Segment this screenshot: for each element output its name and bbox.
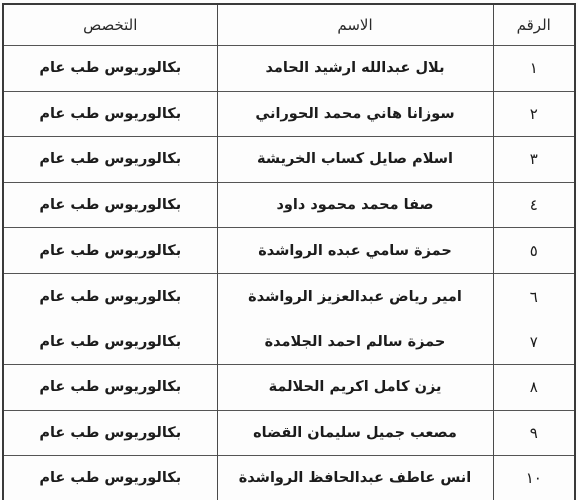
row-name: بلال عبدالله ارشيد الحامد xyxy=(217,46,493,92)
header-number: الرقم xyxy=(493,4,575,46)
table-row: ٤ صفا محمد محمود داود بكالوريوس طب عام xyxy=(3,182,575,228)
header-name: الاسم xyxy=(217,4,493,46)
table-row: ٨ يزن كامل اكريم الحلالمة بكالوريوس طب ع… xyxy=(3,365,575,411)
row-number: ١ xyxy=(493,46,575,92)
row-number: ٤ xyxy=(493,182,575,228)
row-name: يزن كامل اكريم الحلالمة xyxy=(217,365,493,411)
table-row: ٩ مصعب جميل سليمان القضاه بكالوريوس طب ع… xyxy=(3,410,575,456)
row-specialization: بكالوريوس طب عام xyxy=(3,410,217,456)
table-row: ٦ امير رياض عبدالعزيز الرواشدة بكالوريوس… xyxy=(3,273,575,319)
row-name: امير رياض عبدالعزيز الرواشدة xyxy=(217,273,493,319)
row-specialization: بكالوريوس طب عام xyxy=(3,182,217,228)
row-specialization: بكالوريوس طب عام xyxy=(3,273,217,319)
row-name: صفا محمد محمود داود xyxy=(217,182,493,228)
scanned-document: الرقم الاسم التخصص ١ بلال عبدالله ارشيد … xyxy=(0,0,578,500)
row-name: حمزة سالم احمد الجلامدة xyxy=(217,319,493,365)
row-number: ٣ xyxy=(493,137,575,183)
row-number: ٥ xyxy=(493,228,575,274)
table-row: ١ بلال عبدالله ارشيد الحامد بكالوريوس طب… xyxy=(3,46,575,92)
graduates-table: الرقم الاسم التخصص ١ بلال عبدالله ارشيد … xyxy=(2,3,576,500)
row-number: ٩ xyxy=(493,410,575,456)
row-number: ٦ xyxy=(493,273,575,319)
table-header: الرقم الاسم التخصص xyxy=(3,4,575,46)
table-body: ١ بلال عبدالله ارشيد الحامد بكالوريوس طب… xyxy=(3,46,575,500)
row-specialization: بكالوريوس طب عام xyxy=(3,46,217,92)
row-specialization: بكالوريوس طب عام xyxy=(3,91,217,137)
row-name: مصعب جميل سليمان القضاه xyxy=(217,410,493,456)
row-specialization: بكالوريوس طب عام xyxy=(3,456,217,500)
row-number: ٢ xyxy=(493,91,575,137)
table-row: ٥ حمزة سامي عبده الرواشدة بكالوريوس طب ع… xyxy=(3,228,575,274)
table-row: ٧ حمزة سالم احمد الجلامدة بكالوريوس طب ع… xyxy=(3,319,575,365)
row-number: ٧ xyxy=(493,319,575,365)
row-number: ٨ xyxy=(493,365,575,411)
row-specialization: بكالوريوس طب عام xyxy=(3,319,217,365)
row-specialization: بكالوريوس طب عام xyxy=(3,137,217,183)
table-row: ٣ اسلام صايل كساب الخريشة بكالوريوس طب ع… xyxy=(3,137,575,183)
row-name: انس عاطف عبدالحافظ الرواشدة xyxy=(217,456,493,500)
table-row: ٢ سوزانا هاني محمد الحوراني بكالوريوس طب… xyxy=(3,91,575,137)
table-row: ١٠ انس عاطف عبدالحافظ الرواشدة بكالوريوس… xyxy=(3,456,575,500)
row-name: اسلام صايل كساب الخريشة xyxy=(217,137,493,183)
header-specialization: التخصص xyxy=(3,4,217,46)
row-name: سوزانا هاني محمد الحوراني xyxy=(217,91,493,137)
row-name: حمزة سامي عبده الرواشدة xyxy=(217,228,493,274)
row-number: ١٠ xyxy=(493,456,575,500)
row-specialization: بكالوريوس طب عام xyxy=(3,365,217,411)
row-specialization: بكالوريوس طب عام xyxy=(3,228,217,274)
